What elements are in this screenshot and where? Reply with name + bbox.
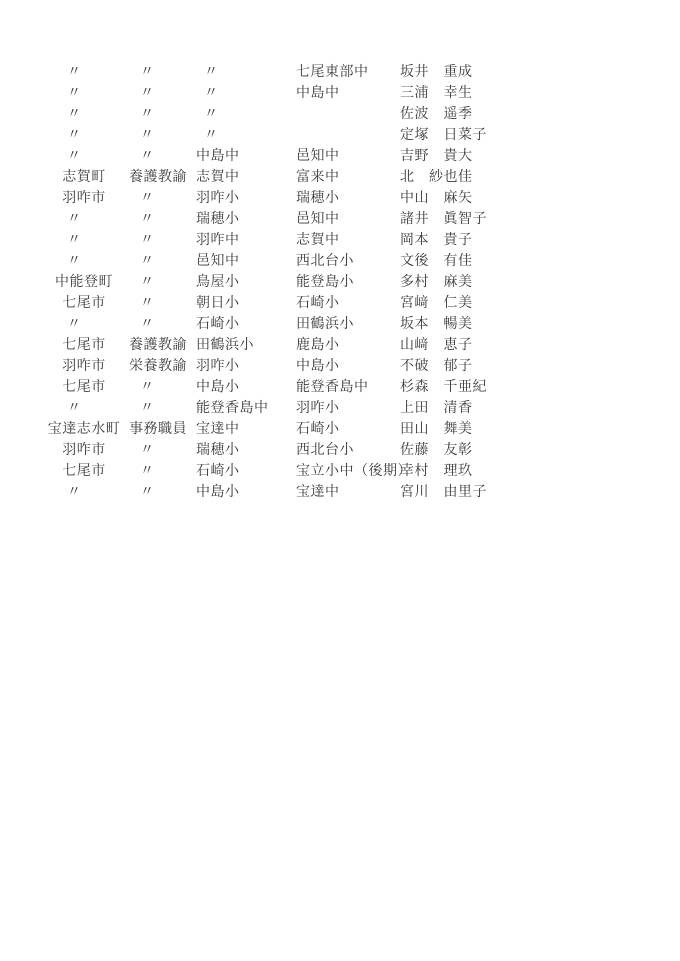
cell-position: 〃 [129, 124, 155, 145]
cell-former-school: 石崎小 [296, 292, 340, 313]
cell-new-school: 羽咋中 [196, 229, 240, 250]
table-row: 〃 〃 〃 佐波 遥季 [0, 103, 680, 124]
cell-person-name: 坂井 重成 [400, 61, 473, 82]
cell-position: 事務職員 [129, 418, 187, 439]
cell-person-name: 北 紗也佳 [400, 166, 473, 187]
cell-person-name: 定塚 日菜子 [400, 124, 487, 145]
cell-person-name: 坂本 暢美 [400, 313, 473, 334]
cell-person-name: 不破 郁子 [400, 355, 473, 376]
cell-municipality: 〃 [28, 61, 179, 82]
cell-position: 〃 [129, 460, 155, 481]
cell-new-school: 鳥屋小 [196, 271, 240, 292]
cell-position: 〃 [129, 82, 155, 103]
cell-new-school: 田鶴浜小 [196, 334, 254, 355]
cell-person-name: 宮川 由里子 [400, 481, 487, 502]
table-row: 羽咋市 〃 瑞穂小 西北台小 佐藤 友彰 [0, 439, 680, 460]
cell-person-name: 吉野 貴大 [400, 145, 473, 166]
cell-new-school: 能登香島中 [196, 397, 269, 418]
table-row: 七尾市 〃 中島小 能登香島中 杉森 千亜紀 [0, 376, 680, 397]
cell-position: 〃 [129, 376, 155, 397]
cell-municipality: 〃 [28, 229, 179, 250]
cell-person-name: 諸井 眞智子 [400, 208, 487, 229]
cell-position: 〃 [129, 187, 155, 208]
table-row: 〃 〃 〃 定塚 日菜子 [0, 124, 680, 145]
cell-municipality: 〃 [28, 313, 179, 334]
cell-new-school: 〃 [196, 124, 219, 145]
cell-position: 〃 [129, 250, 155, 271]
cell-municipality: 志賀町 [28, 166, 140, 187]
cell-municipality: 〃 [28, 397, 179, 418]
table-row: 〃 〃 中島中 邑知中 吉野 貴大 [0, 145, 680, 166]
cell-municipality: 七尾市 [28, 376, 140, 397]
cell-person-name: 中山 麻矢 [400, 187, 473, 208]
cell-new-school: 石崎小 [196, 460, 240, 481]
cell-new-school: 〃 [196, 103, 219, 124]
cell-new-school: 石崎小 [196, 313, 240, 334]
table-row: 羽咋市 〃 羽咋小 瑞穂小 中山 麻矢 [0, 187, 680, 208]
cell-municipality: 七尾市 [28, 292, 140, 313]
cell-new-school: 邑知中 [196, 250, 240, 271]
cell-person-name: 岡本 貴子 [400, 229, 473, 250]
cell-former-school: 富来中 [296, 166, 340, 187]
cell-municipality: 七尾市 [28, 460, 140, 481]
cell-municipality: 〃 [28, 124, 179, 145]
table-row: 〃 〃 能登香島中 羽咋小 上田 清香 [0, 397, 680, 418]
table-row: 〃 〃 中島小 宝達中 宮川 由里子 [0, 481, 680, 502]
cell-person-name: 田山 舞美 [400, 418, 473, 439]
cell-person-name: 杉森 千亜紀 [400, 376, 487, 397]
table-row: 志賀町 養護教諭 志賀中 富来中 北 紗也佳 [0, 166, 680, 187]
cell-former-school: 宝達中 [296, 481, 340, 502]
cell-former-school: 志賀中 [296, 229, 340, 250]
cell-position: 〃 [129, 145, 155, 166]
cell-former-school: 邑知中 [296, 145, 340, 166]
cell-position: 〃 [129, 61, 155, 82]
cell-person-name: 佐藤 友彰 [400, 439, 473, 460]
table-row: 七尾市 〃 石崎小 宝立小中（後期） 幸村 理玖 [0, 460, 680, 481]
cell-former-school: 邑知中 [296, 208, 340, 229]
cell-former-school: 羽咋小 [296, 397, 340, 418]
cell-municipality: 〃 [28, 250, 179, 271]
cell-former-school: 石崎小 [296, 418, 340, 439]
cell-former-school: 能登香島中 [296, 376, 369, 397]
cell-municipality: 七尾市 [28, 334, 140, 355]
table-row: 中能登町 〃 鳥屋小 能登島小 多村 麻美 [0, 271, 680, 292]
cell-former-school: 七尾東部中 [296, 61, 369, 82]
table-row: 〃 〃 邑知中 西北台小 文後 有佳 [0, 250, 680, 271]
cell-former-school: 中島中 [296, 82, 340, 103]
cell-position: 〃 [129, 208, 155, 229]
cell-municipality: 羽咋市 [28, 187, 140, 208]
cell-position: 〃 [129, 229, 155, 250]
cell-new-school: 羽咋小 [196, 187, 240, 208]
cell-municipality: 〃 [28, 82, 179, 103]
cell-new-school: 中島小 [196, 376, 240, 397]
cell-former-school: 田鶴浜小 [296, 313, 354, 334]
table-row: 〃 〃 石崎小 田鶴浜小 坂本 暢美 [0, 313, 680, 334]
cell-person-name: 佐波 遥季 [400, 103, 473, 124]
cell-new-school: 朝日小 [196, 292, 240, 313]
cell-new-school: 中島中 [196, 145, 240, 166]
cell-position: 〃 [129, 292, 155, 313]
cell-former-school: 西北台小 [296, 439, 354, 460]
cell-person-name: 上田 清香 [400, 397, 473, 418]
table-row: 〃 〃 瑞穂小 邑知中 諸井 眞智子 [0, 208, 680, 229]
cell-person-name: 三浦 幸生 [400, 82, 473, 103]
cell-municipality: 中能登町 [28, 271, 140, 292]
cell-position: 養護教諭 [129, 334, 187, 355]
cell-new-school: 宝達中 [196, 418, 240, 439]
cell-municipality: 羽咋市 [28, 355, 140, 376]
transfer-table: 〃 〃 〃 七尾東部中 坂井 重成 〃 〃 〃 中島中 三浦 幸生 〃 〃 〃 … [0, 61, 680, 502]
cell-new-school: 瑞穂小 [196, 208, 240, 229]
cell-municipality: 〃 [28, 103, 179, 124]
cell-new-school: 羽咋小 [196, 355, 240, 376]
table-row: 羽咋市 栄養教諭 羽咋小 中島小 不破 郁子 [0, 355, 680, 376]
table-row: 〃 〃 羽咋中 志賀中 岡本 貴子 [0, 229, 680, 250]
cell-municipality: 羽咋市 [28, 439, 140, 460]
cell-municipality: 〃 [28, 208, 179, 229]
cell-municipality: 宝達志水町 [28, 418, 140, 439]
cell-position: 〃 [129, 439, 155, 460]
cell-new-school: 中島小 [196, 481, 240, 502]
cell-municipality: 〃 [28, 481, 179, 502]
cell-new-school: 〃 [196, 82, 219, 103]
cell-former-school: 能登島小 [296, 271, 354, 292]
cell-position: 〃 [129, 103, 155, 124]
cell-position: 栄養教諭 [129, 355, 187, 376]
table-row: 宝達志水町 事務職員 宝達中 石崎小 田山 舞美 [0, 418, 680, 439]
cell-position: 〃 [129, 313, 155, 334]
cell-person-name: 山﨑 恵子 [400, 334, 473, 355]
cell-former-school: 鹿島小 [296, 334, 340, 355]
table-row: 七尾市 養護教諭 田鶴浜小 鹿島小 山﨑 恵子 [0, 334, 680, 355]
cell-position: 〃 [129, 271, 155, 292]
cell-former-school: 中島小 [296, 355, 340, 376]
cell-position: 〃 [129, 481, 155, 502]
cell-new-school: 瑞穂小 [196, 439, 240, 460]
personnel-transfer-document-page: 〃 〃 〃 七尾東部中 坂井 重成 〃 〃 〃 中島中 三浦 幸生 〃 〃 〃 … [0, 0, 680, 961]
table-row: 七尾市 〃 朝日小 石崎小 宮﨑 仁美 [0, 292, 680, 313]
cell-position: 〃 [129, 397, 155, 418]
cell-former-school: 西北台小 [296, 250, 354, 271]
cell-former-school: 宝立小中（後期） [296, 460, 412, 481]
cell-municipality: 〃 [28, 145, 179, 166]
cell-new-school: 志賀中 [196, 166, 240, 187]
cell-position: 養護教諭 [129, 166, 187, 187]
cell-person-name: 文後 有佳 [400, 250, 473, 271]
cell-person-name: 多村 麻美 [400, 271, 473, 292]
cell-person-name: 幸村 理玖 [400, 460, 473, 481]
table-row: 〃 〃 〃 七尾東部中 坂井 重成 [0, 61, 680, 82]
cell-person-name: 宮﨑 仁美 [400, 292, 473, 313]
table-row: 〃 〃 〃 中島中 三浦 幸生 [0, 82, 680, 103]
cell-new-school: 〃 [196, 61, 219, 82]
cell-former-school: 瑞穂小 [296, 187, 340, 208]
